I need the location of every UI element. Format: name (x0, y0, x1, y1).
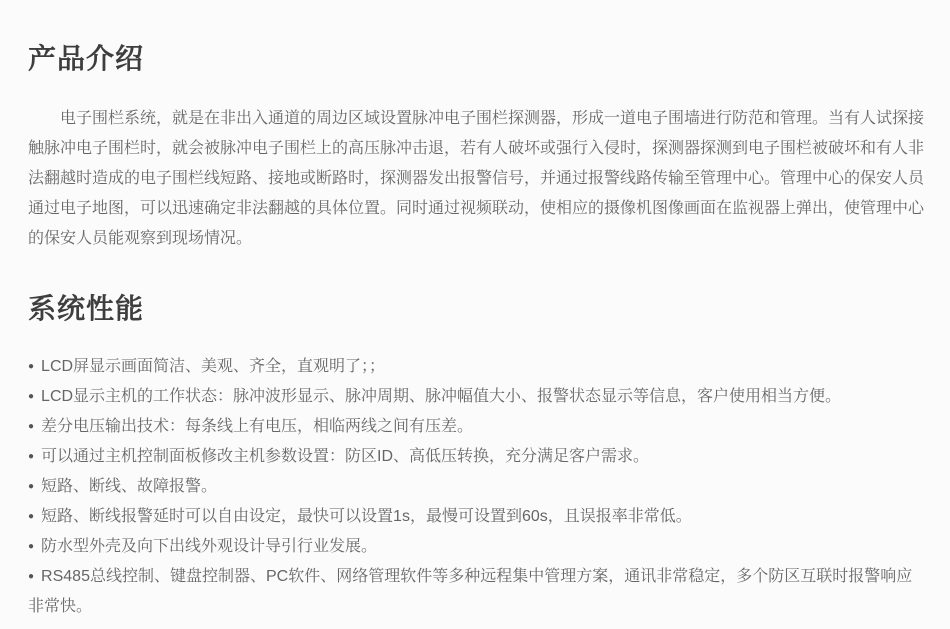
product-intro-heading: 产品介绍 (28, 42, 924, 76)
product-intro-paragraph: 电子围栏系统，就是在非出入通道的周边区域设置脉冲电子围栏探测器，形成一道电子围墙… (28, 104, 924, 254)
product-detail-page: 产品介绍 电子围栏系统，就是在非出入通道的周边区域设置脉冲电子围栏探测器，形成一… (0, 0, 950, 622)
performance-feature-list: ●LCD屏显示画面简洁、美观、齐全，直观明了；； ●LCD显示主机的工作状态：脉… (28, 352, 924, 622)
feature-text: 短路、断线、故障报警。 (41, 478, 217, 495)
feature-text: 防水型外壳及向下出线外观设计导引行业发展。 (41, 538, 377, 555)
bullet-icon: ● (28, 412, 34, 442)
feature-text: RS485总线控制、键盘控制器、PC软件、网络管理软件等多种远程集中管理方案，通… (28, 568, 912, 615)
list-item: ●LCD屏显示画面简洁、美观、齐全，直观明了；； (28, 352, 924, 382)
feature-text: LCD显示主机的工作状态：脉冲波形显示、脉冲周期、脉冲幅值大小、报警状态显示等信… (41, 388, 841, 405)
list-item: ●可以通过主机控制面板修改主机参数设置：防区ID、高低压转换，充分满足客户需求。 (28, 442, 924, 472)
bullet-icon: ● (28, 382, 34, 412)
bullet-icon: ● (28, 562, 34, 592)
list-item: ●RS485总线控制、键盘控制器、PC软件、网络管理软件等多种远程集中管理方案，… (28, 562, 924, 622)
list-item: ●LCD显示主机的工作状态：脉冲波形显示、脉冲周期、脉冲幅值大小、报警状态显示等… (28, 382, 924, 412)
bullet-icon: ● (28, 352, 34, 382)
feature-text: 差分电压输出技术：每条线上有电压，相临两线之间有压差。 (41, 418, 473, 435)
list-item: ●差分电压输出技术：每条线上有电压，相临两线之间有压差。 (28, 412, 924, 442)
bullet-icon: ● (28, 532, 34, 562)
feature-text: LCD屏显示画面简洁、美观、齐全，直观明了；； (41, 358, 385, 375)
list-item: ●短路、断线、故障报警。 (28, 472, 924, 502)
feature-text: 可以通过主机控制面板修改主机参数设置：防区ID、高低压转换，充分满足客户需求。 (41, 448, 649, 465)
bullet-icon: ● (28, 502, 34, 532)
list-item: ●短路、断线报警延时可以自由设定，最快可以设置1s，最慢可设置到60s，且误报率… (28, 502, 924, 532)
list-item: ●防水型外壳及向下出线外观设计导引行业发展。 (28, 532, 924, 562)
system-performance-heading: 系统性能 (28, 292, 924, 326)
bullet-icon: ● (28, 442, 34, 472)
feature-text: 短路、断线报警延时可以自由设定，最快可以设置1s，最慢可设置到60s，且误报率非… (41, 508, 692, 525)
bullet-icon: ● (28, 472, 34, 502)
